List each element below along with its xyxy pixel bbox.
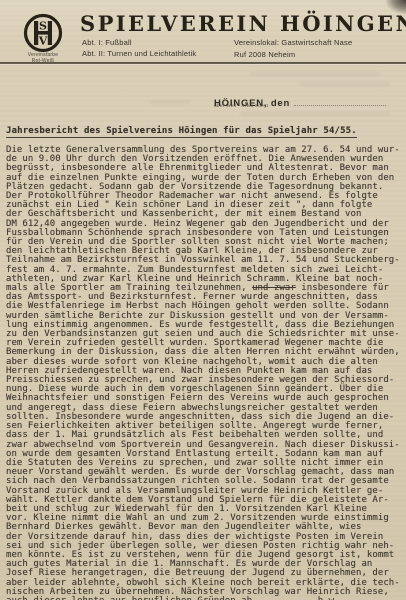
department-1: Abt. I: Fußball: [82, 38, 132, 47]
bleed-through-mark: [250, 72, 380, 76]
report-body: Die letzte Generalversammlung des Sportv…: [6, 146, 404, 600]
department-2: Abt. II: Turnen und Leichtathletik: [82, 49, 196, 58]
report-title: Jahresbericht des Spielvereins Höingen f…: [6, 126, 357, 138]
date-blank-line: [294, 97, 386, 106]
scanned-letter-page: S V Vereinsfarbe Rot-Weiß SPIELVEREIN HÖ…: [0, 0, 406, 600]
monogram-v: V: [38, 35, 48, 48]
club-venue: Vereinslokal: Gastwirtschaft Nase: [234, 38, 352, 47]
dateline-region: über Werl - Kreis Soest: [214, 104, 268, 109]
letterhead-divider: [0, 62, 406, 64]
club-phone: Ruf 2008 Neheim: [234, 50, 295, 59]
club-emblem-icon: S V: [23, 13, 63, 53]
monogram-s: S: [39, 20, 47, 33]
bleed-through-mark: [240, 112, 390, 116]
club-title: SPIELVEREIN HÖINGEN: [80, 11, 406, 36]
scan-corner-shadow: [386, 0, 406, 14]
bleed-through-mark: [150, 100, 190, 104]
bleed-through-mark: [300, 82, 390, 86]
